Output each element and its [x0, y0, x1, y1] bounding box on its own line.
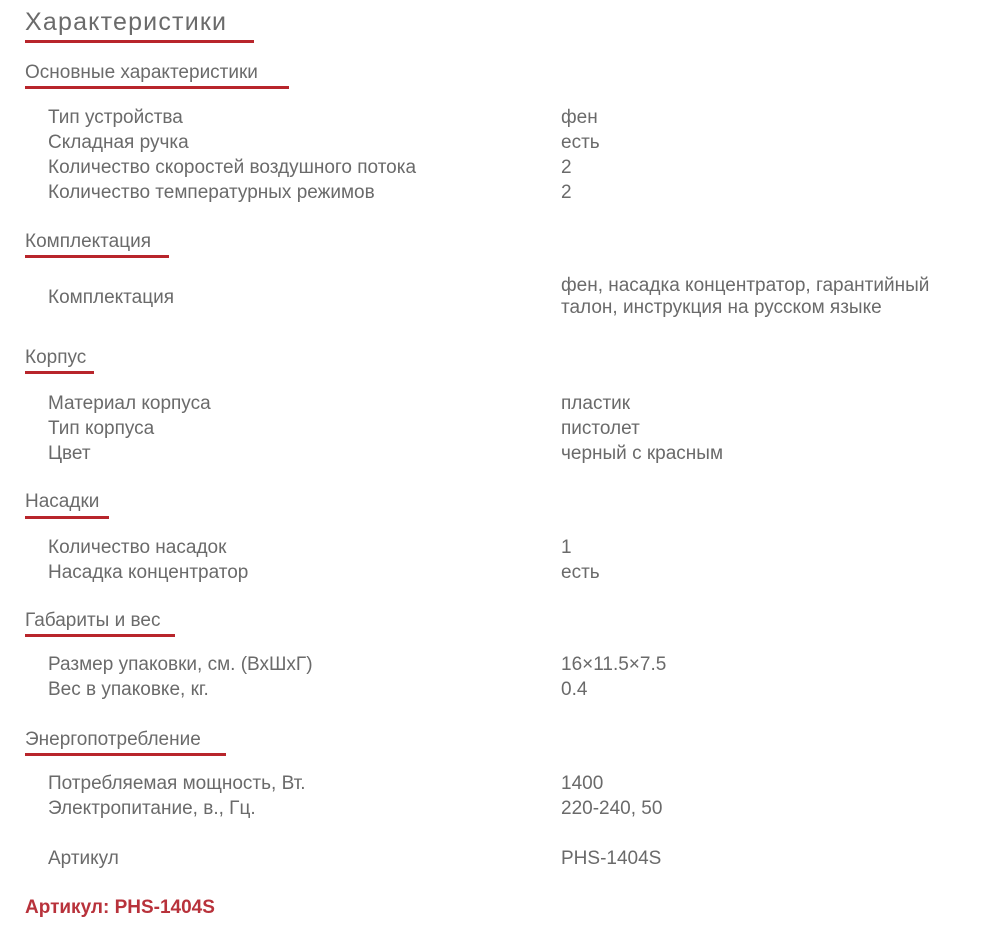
spec-value: есть — [561, 131, 600, 155]
section-heading-attachments: Насадки — [25, 490, 99, 514]
spec-value: 2 — [561, 156, 572, 180]
spec-label: Количество температурных режимов — [48, 181, 375, 205]
article-value: PHS-1404S — [561, 847, 661, 871]
section-underline — [25, 371, 94, 374]
spec-value: черный с красным — [561, 442, 723, 466]
spec-label: Электропитание, в., Гц. — [48, 797, 256, 821]
section-underline — [25, 255, 169, 258]
spec-label: Насадка концентратор — [48, 561, 248, 585]
spec-value: пистолет — [561, 417, 640, 441]
spec-label: Вес в упаковке, кг. — [48, 678, 209, 702]
spec-label: Тип корпуса — [48, 417, 154, 441]
section-underline — [25, 516, 109, 519]
section-underline — [25, 86, 289, 89]
spec-label: Тип устройства — [48, 106, 183, 130]
spec-label: Цвет — [48, 442, 91, 466]
spec-label: Количество скоростей воздушного потока — [48, 156, 416, 180]
spec-label: Потребляемая мощность, Вт. — [48, 772, 306, 796]
title-underline — [25, 40, 254, 43]
spec-value: фен, насадка концентратор, гарантийный т… — [561, 275, 981, 319]
section-heading-dimensions: Габариты и вес — [25, 609, 160, 633]
section-underline — [25, 634, 175, 637]
section-heading-package: Комплектация — [25, 230, 151, 254]
spec-value: фен — [561, 106, 598, 130]
spec-value: 16×11.5×7.5 — [561, 653, 666, 677]
spec-value: пластик — [561, 392, 630, 416]
spec-label: Размер упаковки, см. (ВхШхГ) — [48, 653, 313, 677]
spec-label: Комплектация — [48, 286, 174, 310]
section-heading-main: Основные характеристики — [25, 61, 258, 85]
spec-value: 0.4 — [561, 678, 587, 702]
article-footer: Артикул: PHS-1404S — [25, 896, 215, 920]
article-label: Артикул — [48, 847, 119, 871]
spec-value: 220-240, 50 — [561, 797, 662, 821]
spec-value: 1 — [561, 536, 572, 560]
section-heading-body: Корпус — [25, 346, 86, 370]
spec-label: Количество насадок — [48, 536, 226, 560]
spec-value: 1400 — [561, 772, 603, 796]
spec-value: 2 — [561, 181, 572, 205]
spec-value: есть — [561, 561, 600, 585]
section-underline — [25, 753, 226, 756]
section-heading-power: Энергопотребление — [25, 728, 201, 752]
spec-label: Складная ручка — [48, 131, 189, 155]
page-title: Характеристики — [25, 6, 227, 38]
spec-label: Материал корпуса — [48, 392, 211, 416]
